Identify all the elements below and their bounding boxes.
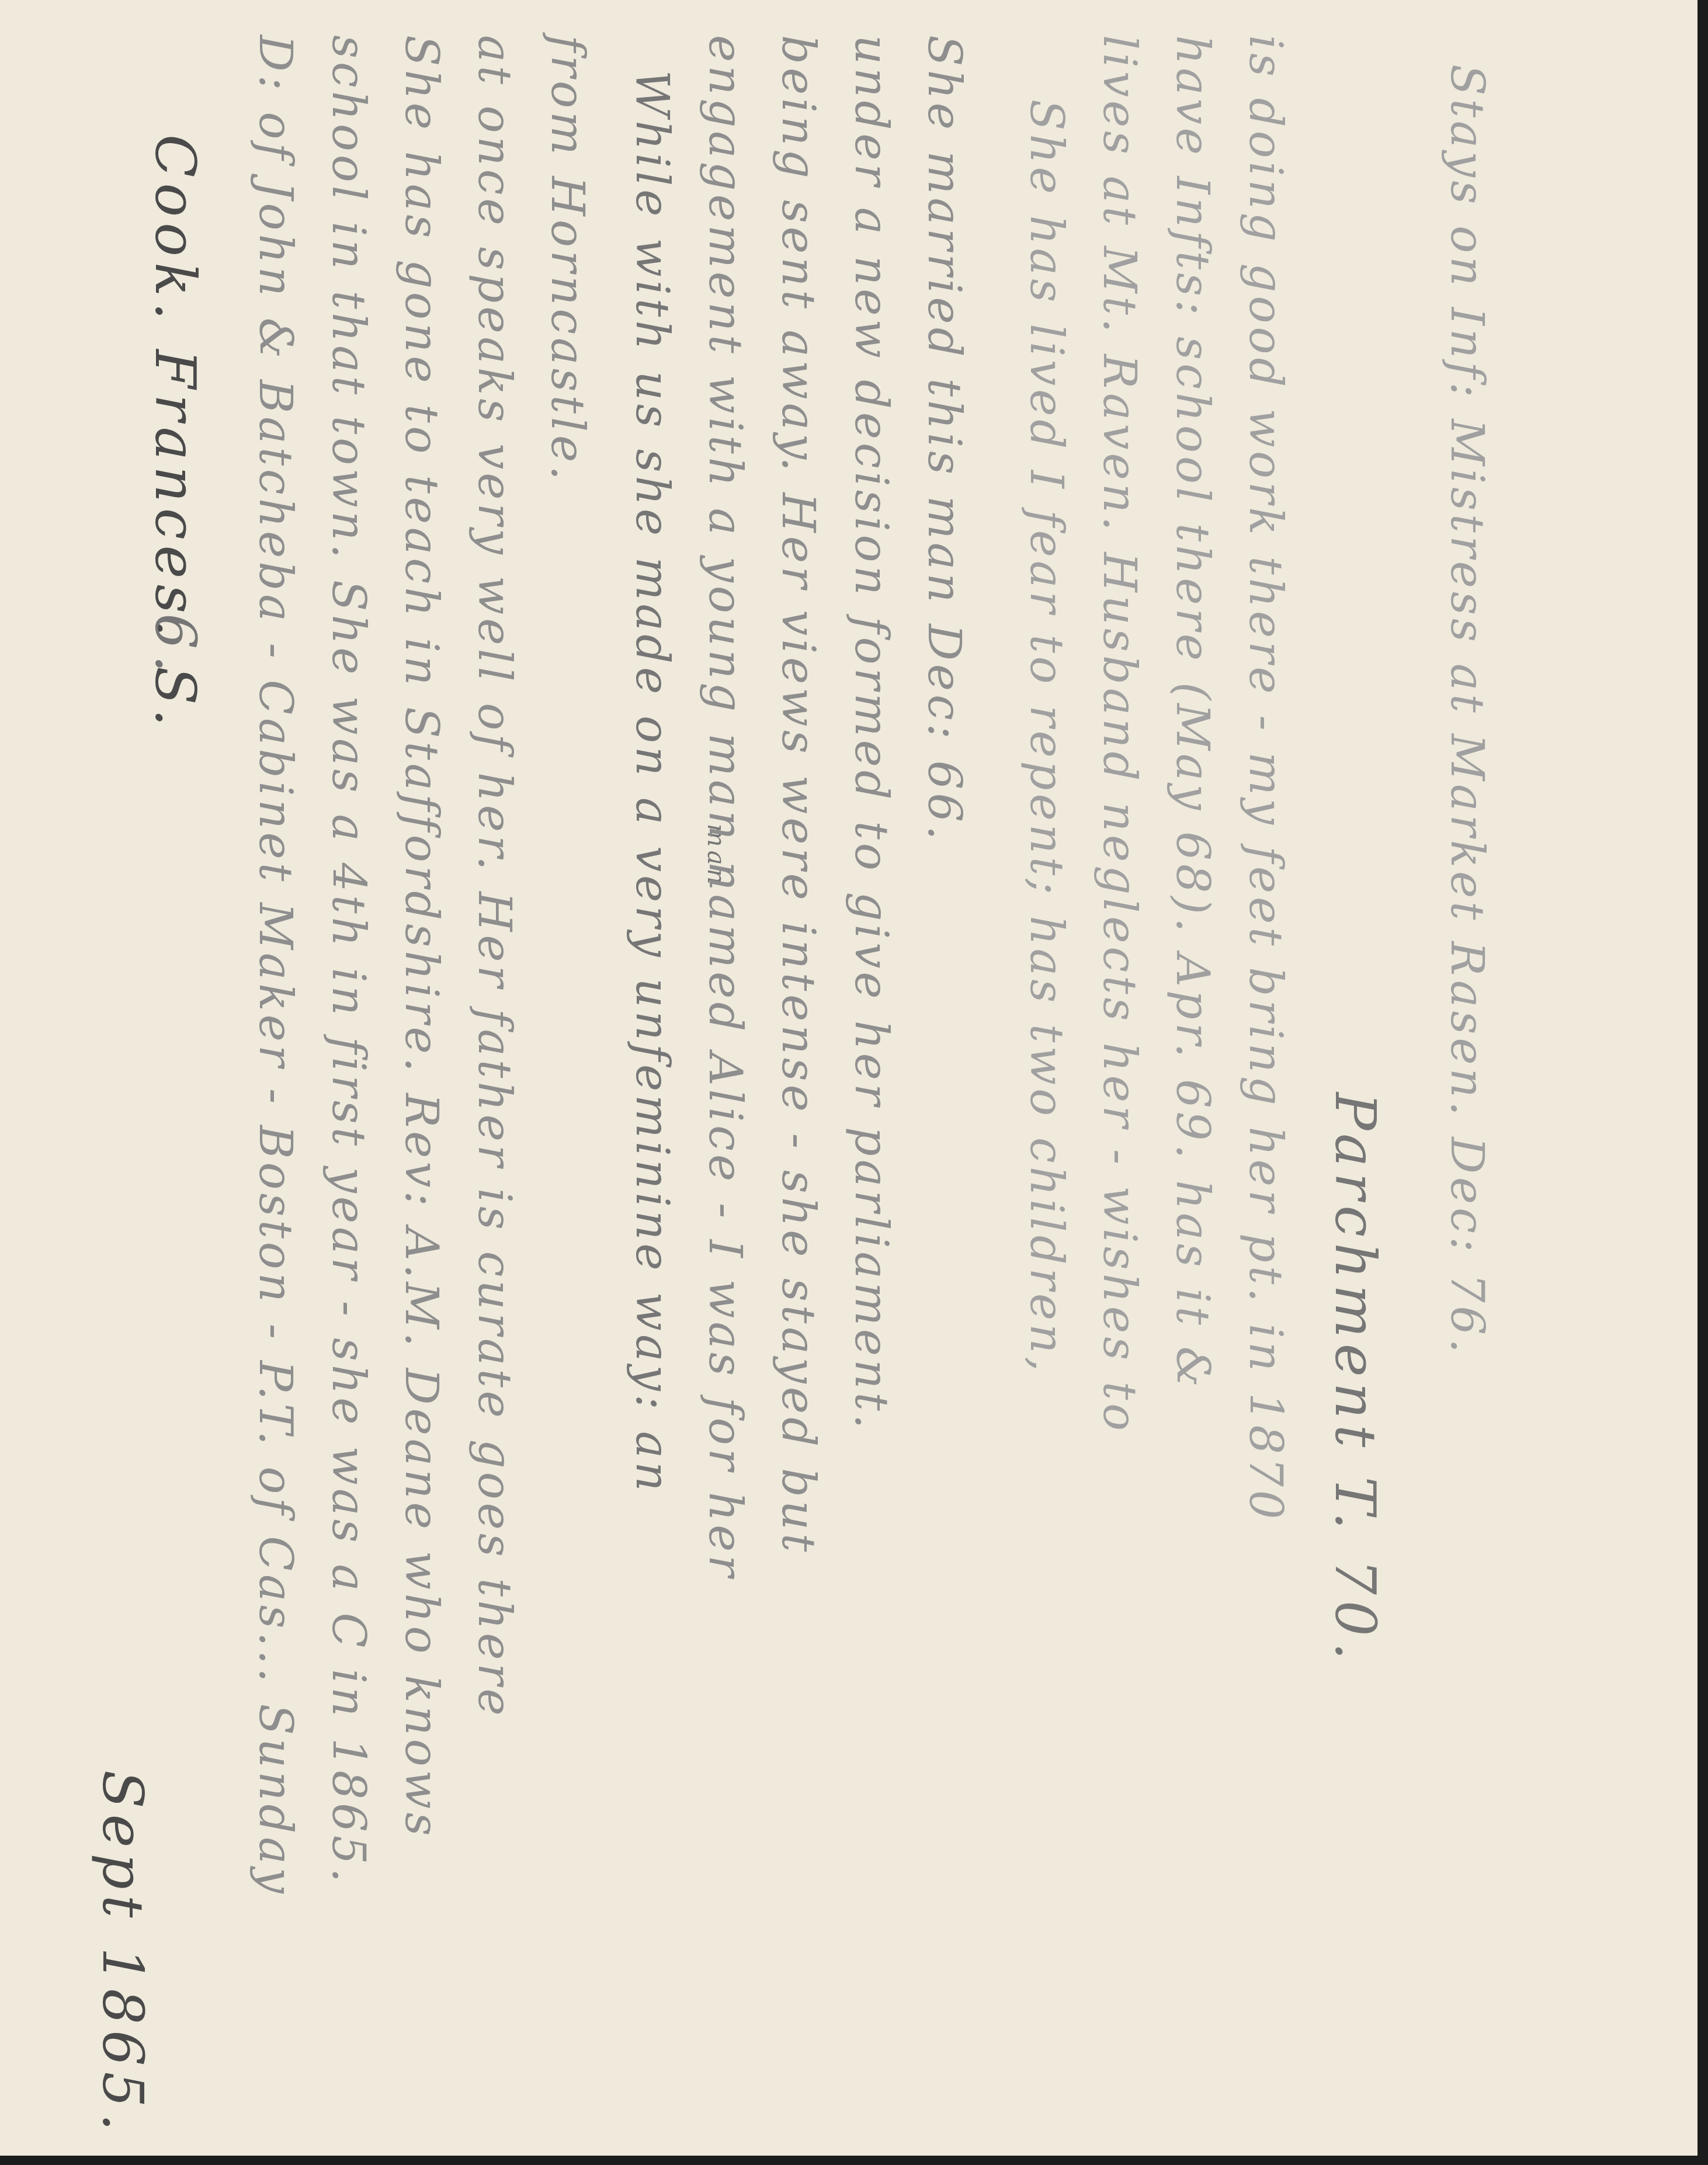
entry-number: 6. [143, 613, 208, 679]
line-3: She has gone to teach in Staffordshire. … [395, 35, 447, 1840]
rotated-writing: Cook. Frances. S. 6. Sept 1865. D: of Jo… [0, 0, 1697, 2165]
line-6: While with us she made on a very unfemin… [626, 70, 678, 1495]
line-10: She married this man Dec: 66. [918, 35, 970, 844]
footer-line: Stays on Inf: Mistress at Market Rasen. … [1440, 64, 1493, 1356]
line-11: She has lived I fear to repent; has two … [1020, 99, 1072, 1375]
line-14: is doing good work there - my feet bring… [1239, 35, 1292, 1522]
line-7: engagement with a young man named Alice … [699, 35, 751, 1580]
line-2: school in that town. She was a 4th in fi… [322, 35, 374, 1886]
document-page: Cook. Frances. S. 6. Sept 1865. D: of Jo… [0, 0, 1708, 2165]
line-8: being sent away. Her views were intense … [772, 35, 824, 1555]
line-4: at once speaks very well of her. Her fat… [468, 35, 520, 1719]
certificate: Parchment T. 70. [1322, 1092, 1388, 1666]
line-5: from Horncastle. [541, 35, 593, 484]
entry-date: Sept 1865. [90, 1770, 155, 2137]
line-13: have Infts: school there (May 68). Apr. … [1166, 35, 1218, 1390]
line-12: lives at Mt. Raven. Husband neglects her… [1093, 35, 1145, 1434]
line-1: D: of John & Batcheba - Cabinet Maker - … [249, 35, 301, 1897]
line-9: under a new decision formed to give her … [845, 35, 897, 1432]
